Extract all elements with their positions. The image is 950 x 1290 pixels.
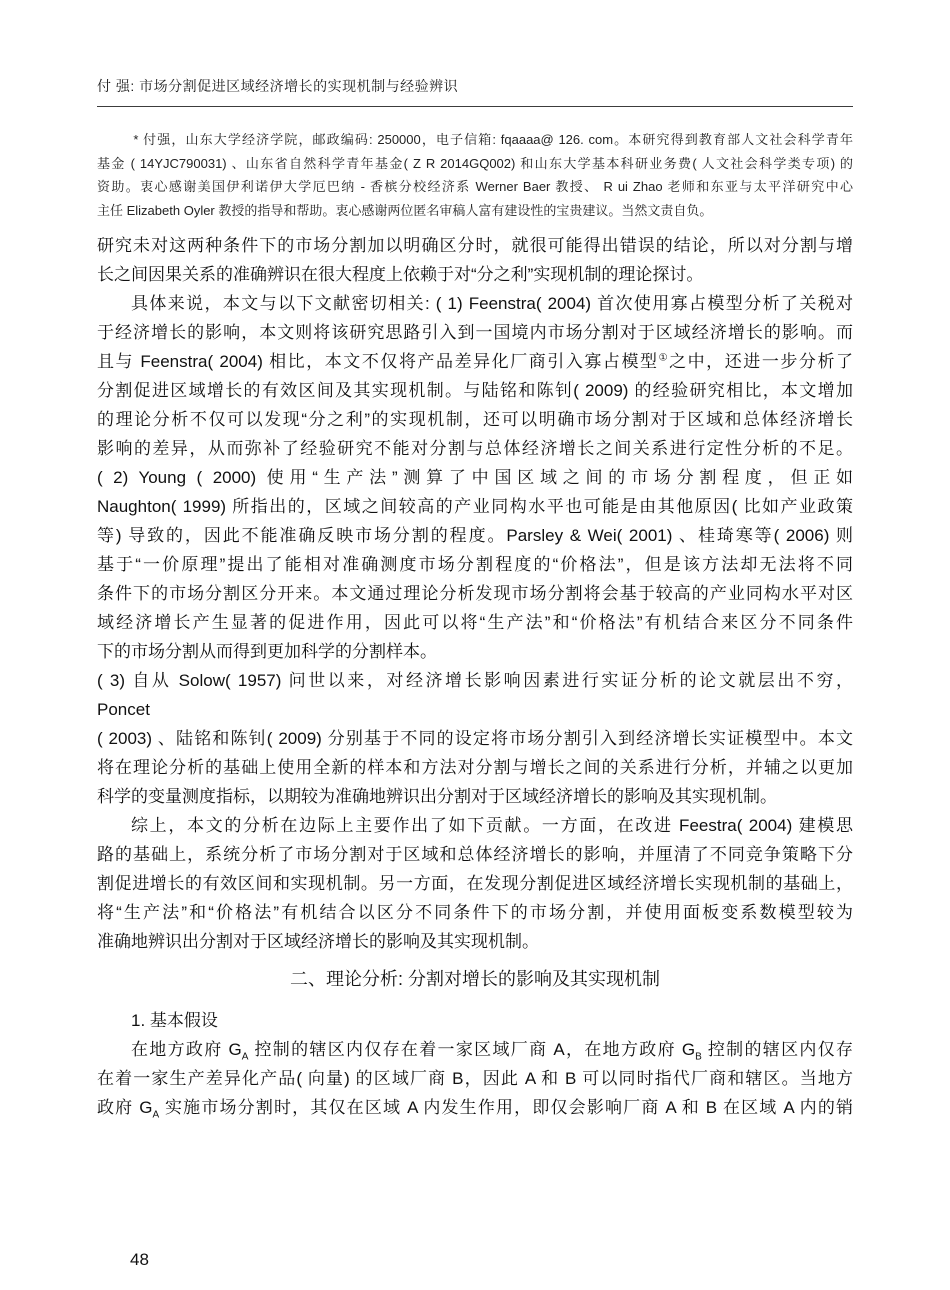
text-line: Poncet — [97, 695, 853, 724]
subsection-title: 1. 基本假设 — [97, 1006, 853, 1035]
text-line: 具体来说，本文与以下文献密切相关: ( 1) Feenstra( 2004) 首… — [97, 289, 853, 318]
document-page: 付 强: 市场分割促进区域经济增长的实现机制与经验辨识 * 付强，山东大学经济学… — [0, 0, 950, 1290]
text-line: 将“生产法”和“价格法”有机结合以区分不同条件下的市场分割，并使用面板变系数模型… — [97, 898, 853, 927]
text-line: 的理论分析不仅可以发现“分之利”的实现机制，还可以明确市场分割对于区域和总体经济… — [97, 405, 853, 434]
section-heading: 二、理论分析: 分割对增长的影响及其实现机制 — [97, 964, 853, 994]
text-line: 研究未对这两种条件下的市场分割加以明确区分时，就很可能得出错误的结论，所以对分割… — [97, 231, 853, 260]
text-line: 基于“一价原理”提出了能相对准确测度市场分割程度的“价格法”，但是该方法却无法将… — [97, 550, 853, 579]
text-line: 在着一家生产差异化产品( 向量) 的区域厂商 B，因此 A 和 B 可以同时指代… — [97, 1064, 853, 1093]
text-line: 在地方政府 GA 控制的辖区内仅存在着一家区域厂商 A，在地方政府 GB 控制的… — [97, 1035, 853, 1064]
text-line: 长之间因果关系的准确辨识在很大程度上依赖于对“分之利”实现机制的理论探讨。 — [97, 260, 853, 289]
text-line: 路的基础上，系统分析了市场分割对于区域和总体经济增长的影响，并厘清了不同竞争策略… — [97, 840, 853, 869]
text-line: 准确地辨识出分割对于区域经济增长的影响及其实现机制。 — [97, 927, 853, 956]
text-line: * 付强，山东大学经济学院，邮政编码: 250000，电子信箱: fqaaaa@… — [97, 128, 853, 152]
footnote-block: * 付强，山东大学经济学院，邮政编码: 250000，电子信箱: fqaaaa@… — [97, 128, 853, 222]
text-line: Naughton( 1999) 所指出的，区域之间较高的产业同构水平也可能是由其… — [97, 492, 853, 521]
text-line: 下的市场分割从而得到更加科学的分割样本。 — [97, 637, 853, 666]
text-line: 政府 GA 实施市场分割时，其仅在区域 A 内发生作用，即仅会影响厂商 A 和 … — [97, 1093, 853, 1122]
running-head: 付 强: 市场分割促进区域经济增长的实现机制与经验辨识 — [97, 0, 853, 96]
text-line: 科学的变量测度指标，以期较为准确地辨识出分割对于区域经济增长的影响及其实现机制。 — [97, 782, 853, 811]
text-line: 分割促进区域增长的有效区间及其实现机制。与陆铭和陈钊( 2009) 的经验研究相… — [97, 376, 853, 405]
text-line: 且与 Feenstra( 2004) 相比，本文不仅将产品差异化厂商引入寡占模型… — [97, 347, 853, 376]
text-line: 将在理论分析的基础上使用全新的样本和方法对分割与增长之间的关系进行分析，并辅之以… — [97, 753, 853, 782]
text-line: 割促进增长的有效区间和实现机制。另一方面，在发现分割促进区域经济增长实现机制的基… — [97, 869, 853, 898]
page-number: 48 — [130, 1250, 149, 1270]
text-line: 影响的差异，从而弥补了经验研究不能对分割与总体经济增长之间关系进行定性分析的不足… — [97, 434, 853, 463]
text-line: 条件下的市场分割区分开来。本文通过理论分析发现市场分割将会基于较高的产业同构水平… — [97, 579, 853, 608]
text-line: ( 3) 自从 Solow( 1957) 问世以来，对经济增长影响因素进行实证分… — [97, 666, 853, 695]
text-line: 等) 导致的，因此不能准确反映市场分割的程度。Parsley & Wei( 20… — [97, 521, 853, 550]
body-text: 研究未对这两种条件下的市场分割加以明确区分时，就很可能得出错误的结论，所以对分割… — [97, 231, 853, 956]
header-rule — [97, 106, 853, 107]
text-line: 于经济增长的影响，本文则将该研究思路引入到一国境内市场分割对于区域经济增长的影响… — [97, 318, 853, 347]
text-line: ( 2003) 、陆铭和陈钊( 2009) 分别基于不同的设定将市场分割引入到经… — [97, 724, 853, 753]
text-line: 综上，本文的分析在边际上主要作出了如下贡献。一方面，在改进 Feestra( 2… — [97, 811, 853, 840]
text-line: 基金 ( 14YJC790031) 、山东省自然科学青年基金( Z R 2014… — [97, 152, 853, 176]
text-line: 资助。衷心感谢美国伊利诺伊大学厄巴纳 - 香槟分校经济系 Werner Baer… — [97, 175, 853, 199]
text-line: ( 2) Young ( 2000) 使用“生产法”测算了中国区域之间的市场分割… — [97, 463, 853, 492]
body-text-2: 在地方政府 GA 控制的辖区内仅存在着一家区域厂商 A，在地方政府 GB 控制的… — [97, 1035, 853, 1122]
text-line: 主任 Elizabeth Oyler 教授的指导和帮助。衷心感谢两位匿名审稿人富… — [97, 199, 853, 223]
text-line: 域经济增长产生显著的促进作用，因此可以将“生产法”和“价格法”有机结合来区分不同… — [97, 608, 853, 637]
